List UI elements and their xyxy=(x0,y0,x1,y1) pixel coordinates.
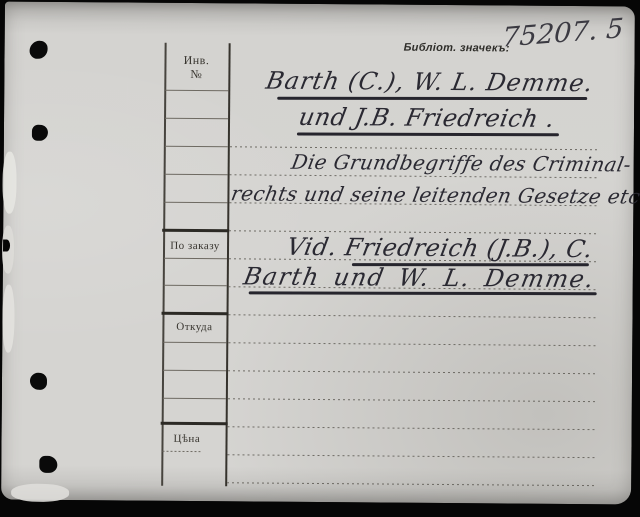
ruled-line xyxy=(228,426,596,430)
paper-edge-streak xyxy=(2,285,15,353)
ruled-line xyxy=(229,314,597,318)
handwritten-title-line-1: Die Grundbegriffe des Criminal- xyxy=(290,150,634,177)
paper-edge-notch xyxy=(3,240,10,252)
column-divider xyxy=(162,312,229,316)
column-line xyxy=(164,258,227,259)
library-card: Инв. № По заказу Откуда Цѣна Библіот. зн… xyxy=(1,2,635,505)
ink-underline xyxy=(352,263,589,266)
ruled-line xyxy=(228,342,596,346)
scanned-photo: Инв. № По заказу Откуда Цѣна Библіот. зн… xyxy=(0,0,640,517)
column-vertical-line xyxy=(161,43,166,486)
column-line xyxy=(165,174,228,175)
punch-hole xyxy=(39,456,57,473)
handwritten-shelf-number: 75207. 5 xyxy=(501,13,624,53)
handwritten-title-line-2: rechts und seine leitenden Gesetze etc. xyxy=(229,181,640,208)
column-line xyxy=(165,118,228,119)
column-line xyxy=(165,146,228,147)
column-line xyxy=(163,398,226,399)
ink-underline xyxy=(297,133,559,136)
ruled-line xyxy=(228,398,596,402)
ruled-line xyxy=(227,482,595,486)
ruled-line xyxy=(230,146,598,150)
column-line xyxy=(163,370,226,371)
price-label: Цѣна xyxy=(161,433,225,446)
inventory-number-label: Инв. № xyxy=(164,53,228,82)
column-line xyxy=(165,90,228,91)
handwritten-author-line-1: Barth (C.), W. L. Demme. xyxy=(264,67,596,98)
column-line xyxy=(162,451,200,452)
punch-hole xyxy=(30,373,47,390)
column-divider xyxy=(162,229,229,233)
order-label: По заказу xyxy=(163,240,227,253)
origin-label: Откуда xyxy=(162,321,226,334)
paper-edge-streak xyxy=(2,152,16,214)
ink-underline xyxy=(277,97,587,100)
column-divider xyxy=(161,422,228,426)
ruled-line xyxy=(227,454,595,458)
punch-hole xyxy=(32,125,48,141)
library-mark-label: Библіот. значекъ: xyxy=(404,42,510,55)
inventory-label-line2: № xyxy=(164,67,228,82)
column-line xyxy=(164,202,227,203)
handwritten-reference-line-1: Vid. Friedreich (J.B.), C. xyxy=(284,233,595,263)
column-line xyxy=(164,285,227,286)
ink-underline xyxy=(249,291,597,294)
handwritten-author-line-2: und J.B. Friedreich . xyxy=(296,103,557,133)
column-vertical-line xyxy=(225,43,230,486)
inventory-label-line1: Инв. xyxy=(164,53,228,68)
handwritten-reference-line-2: Barth und W. L. Demme. xyxy=(241,262,597,293)
ruled-line xyxy=(228,370,596,374)
column-line xyxy=(163,342,226,343)
paper-curl-highlight xyxy=(11,484,69,502)
punch-hole xyxy=(30,41,48,59)
